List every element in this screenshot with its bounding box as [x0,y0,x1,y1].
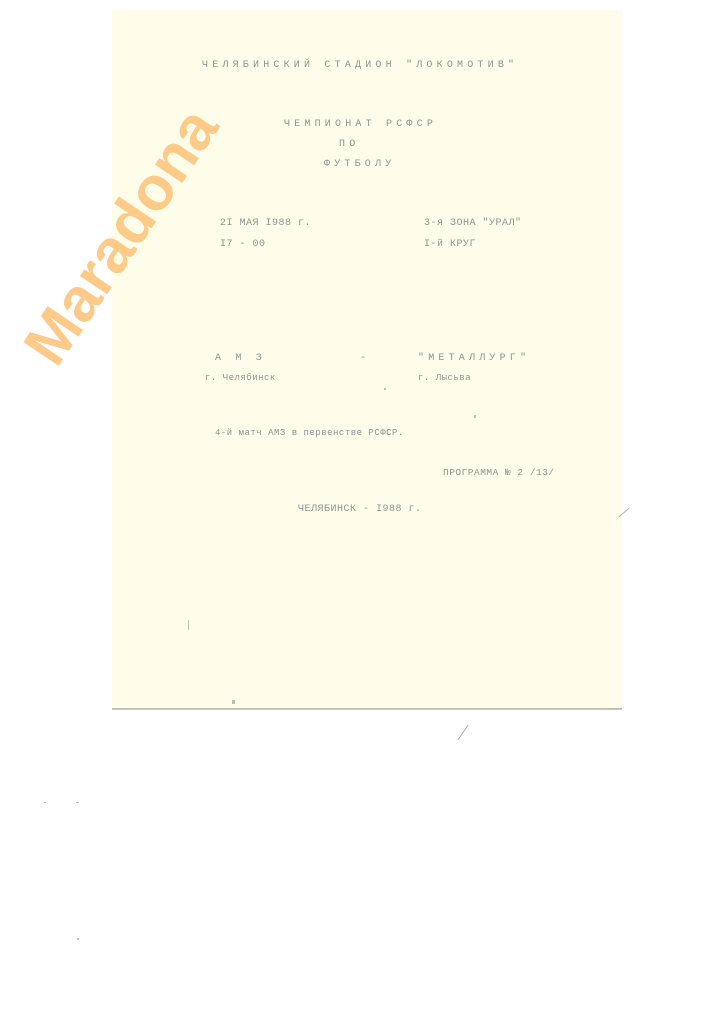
title-line-2: ПО [339,139,359,150]
versus-dash: - [360,353,367,364]
competition-round: I-й КРУГ [424,239,476,250]
home-team: А М З [215,353,266,364]
stadium-header: ЧЕЛЯБИНСКИЙ СТАДИОН "ЛОКОМОТИВ" [202,60,518,71]
title-line-3: ФУТБОЛУ [324,159,395,170]
away-city: г. Лысьва [418,373,471,383]
scan-speck [188,620,189,630]
scan-speck [384,388,386,390]
scan-speck [474,415,476,418]
match-time: I7 - 00 [220,239,266,250]
scan-speck [76,802,79,803]
scan-speck [77,938,79,940]
home-city: г. Челябинск [205,373,276,383]
programme-number: ПРОГРАММА № 2 /13/ [443,467,555,478]
away-team: "МЕТАЛЛУРГ" [418,353,530,364]
programme-sheet [112,10,622,709]
match-date: 2I МАЯ I988 г. [220,218,311,229]
competition-zone: 3-я ЗОНА "УРАЛ" [424,218,522,229]
title-line-1: ЧЕМПИОНАТ РСФСР [284,119,437,130]
footer-city-year: ЧЕЛЯБИНСК - I988 г. [298,504,422,515]
match-note: 4-й матч АМЗ в первенстве РСФСР. [215,428,404,438]
scan-speck [44,802,46,803]
scan-speck [232,700,235,704]
pen-mark [457,725,468,740]
